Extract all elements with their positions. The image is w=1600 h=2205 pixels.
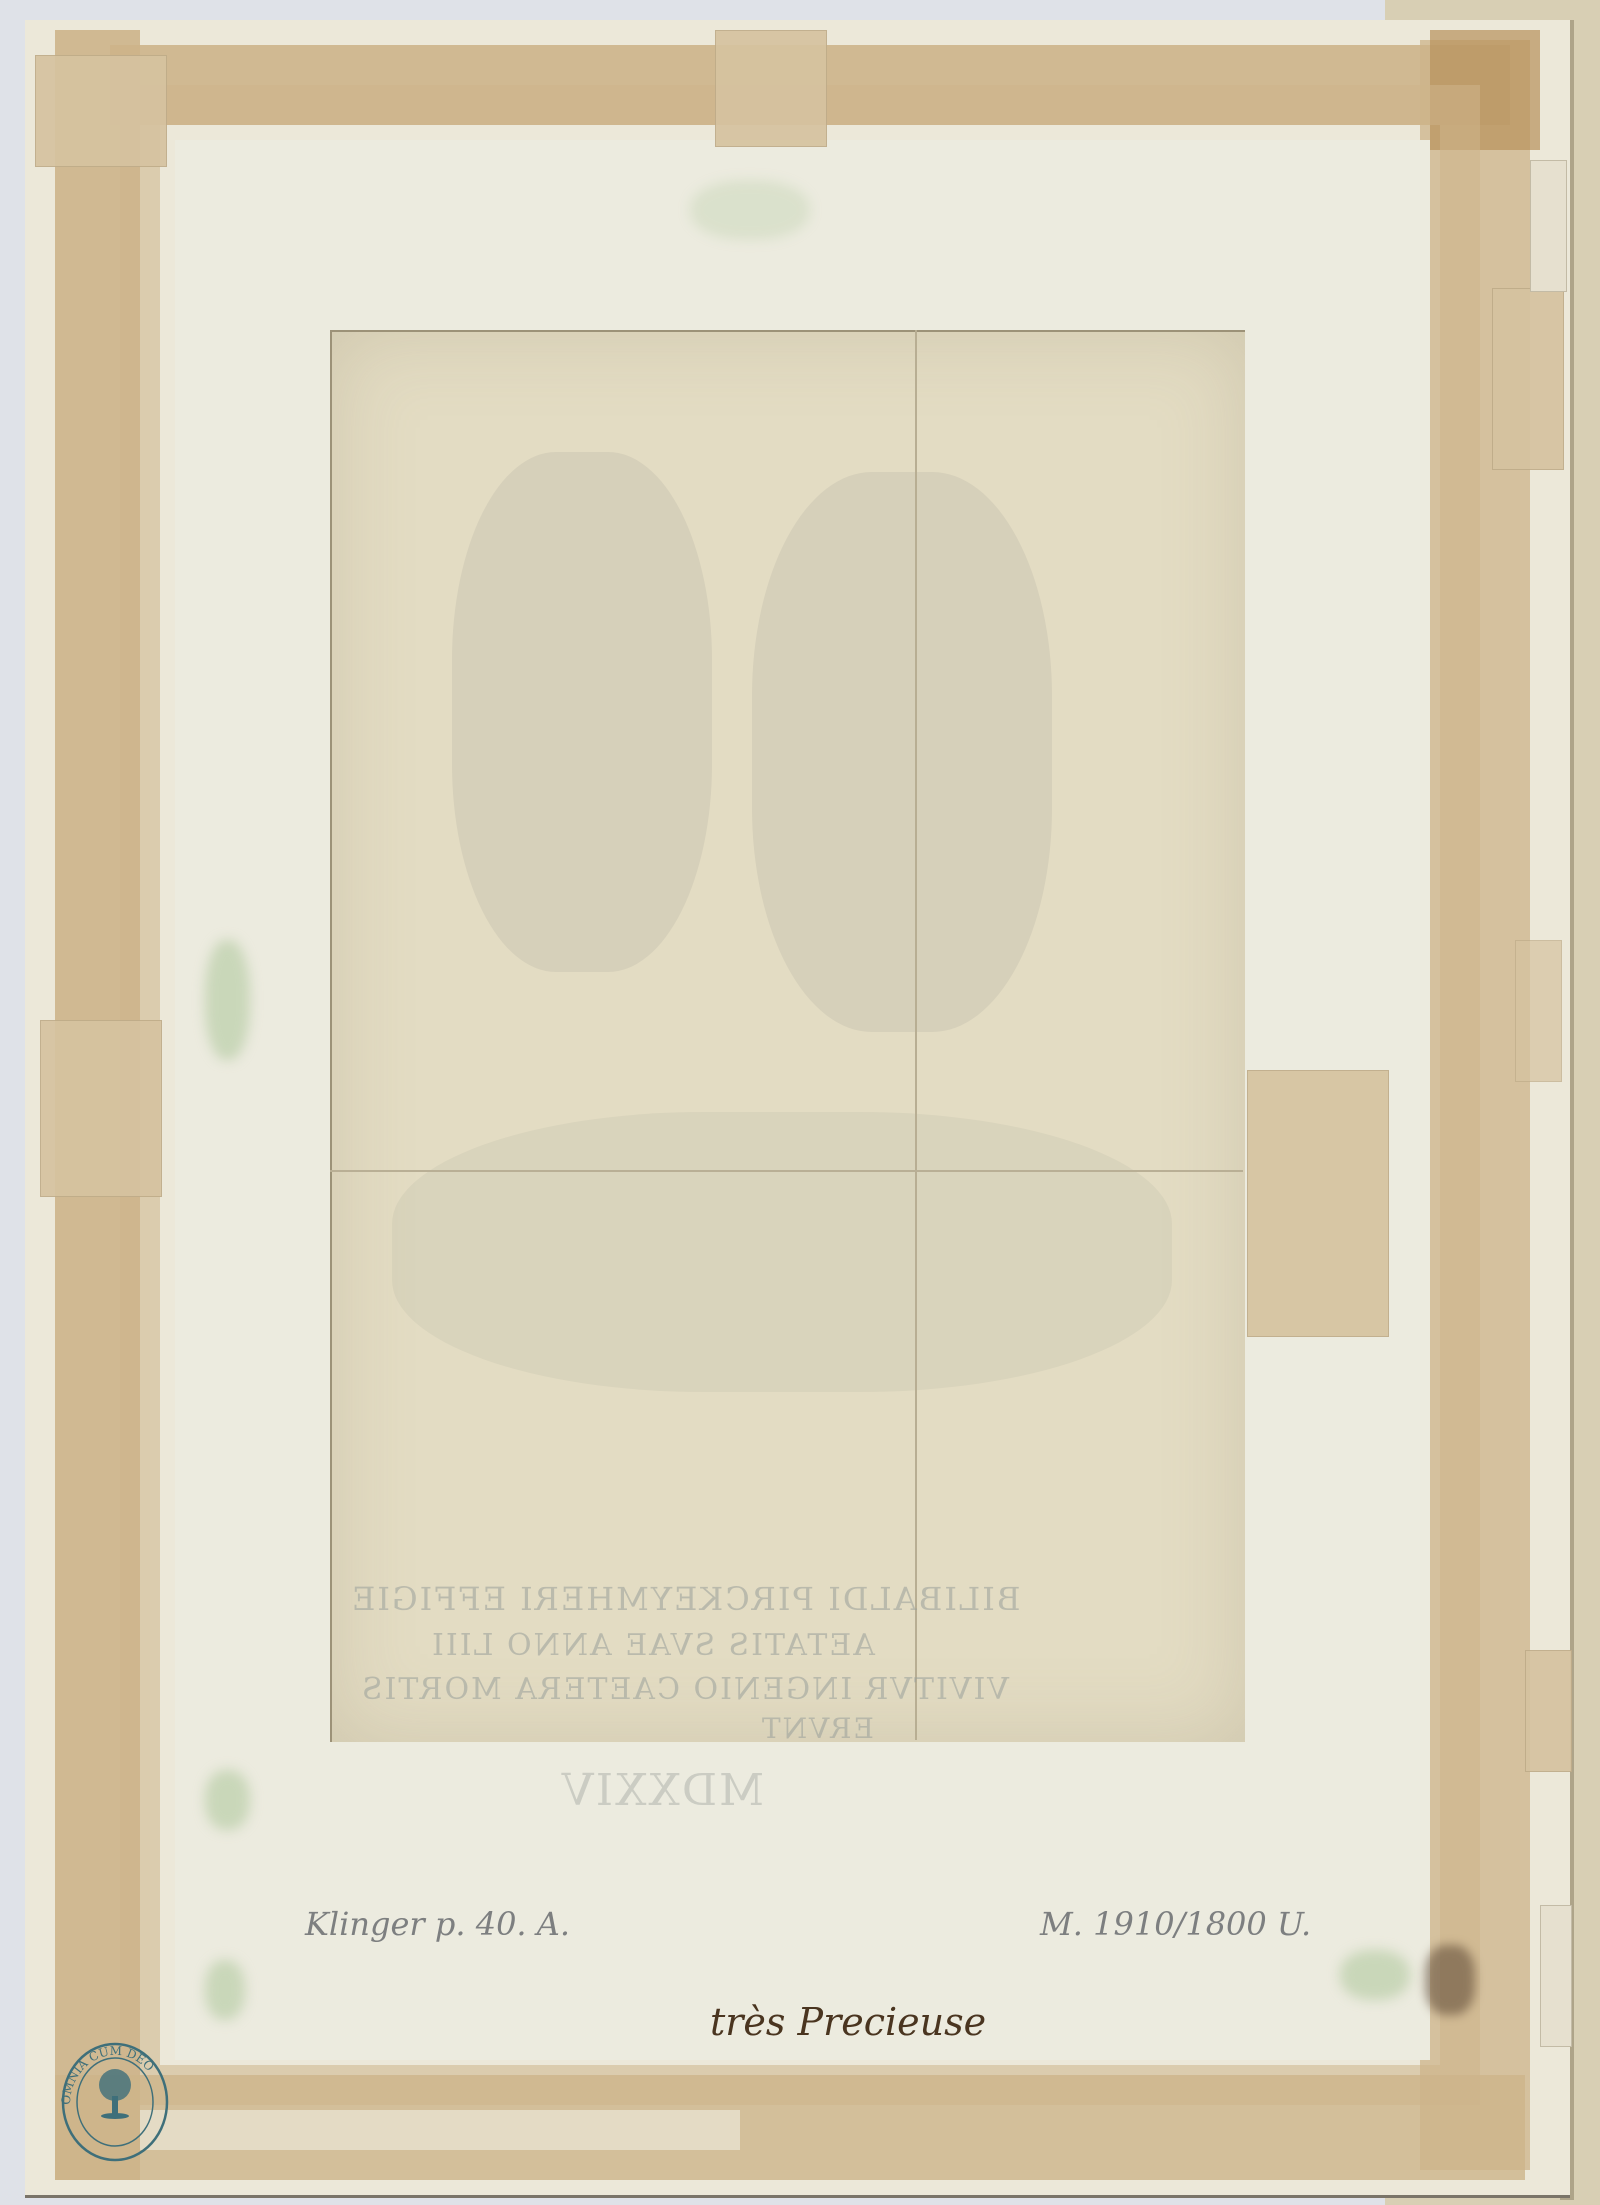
collector-stamp: OMNIA CUM DEO [45, 2030, 185, 2170]
tape-top-center [715, 30, 827, 147]
show-through-line-4: ERVNT [760, 1712, 874, 1745]
green-mark [205, 1770, 250, 1830]
show-through-figure [752, 472, 1052, 1032]
show-through-line-2: AETATIS SVAE ANNO LIII [430, 1628, 875, 1663]
show-through-line-1: BILIBALDI PIRCKEYMHERI EFFIGIE [350, 1580, 1020, 1618]
horizontal-fold [330, 1170, 1243, 1172]
stain-gap [140, 2110, 740, 2150]
tape-right-upper [1492, 288, 1564, 470]
ink-note: très Precieuse [710, 2000, 986, 2044]
tape-right-strip [1530, 160, 1567, 292]
dark-stain [1425, 1945, 1475, 2015]
green-mark [205, 940, 250, 1060]
show-through-line-3: VIVITVR INGENIO CAETERA MORTIS [360, 1672, 1009, 1707]
pencil-note-left: Klinger p. 40. A. [305, 1905, 570, 1943]
pencil-note-right: M. 1910/1800 U. [1040, 1905, 1311, 1943]
tape-right-bottom-strip [1540, 1905, 1572, 2047]
tape-left [40, 1020, 162, 1197]
mounted-print [330, 330, 1245, 1742]
show-through-line-5: MDXXIV [560, 1765, 764, 1816]
show-through-figure [392, 1112, 1172, 1392]
tape-right-mid [1515, 940, 1562, 1082]
tape-top-left [35, 55, 167, 167]
tree-icon [99, 2069, 131, 2119]
green-mark [205, 1960, 245, 2020]
green-mark [1340, 1950, 1410, 2000]
show-through-figure [452, 452, 712, 972]
tape-right-center [1247, 1070, 1389, 1337]
tape-right-lower [1525, 1650, 1572, 1772]
vertical-fold [915, 330, 917, 1740]
green-mark [690, 180, 810, 240]
